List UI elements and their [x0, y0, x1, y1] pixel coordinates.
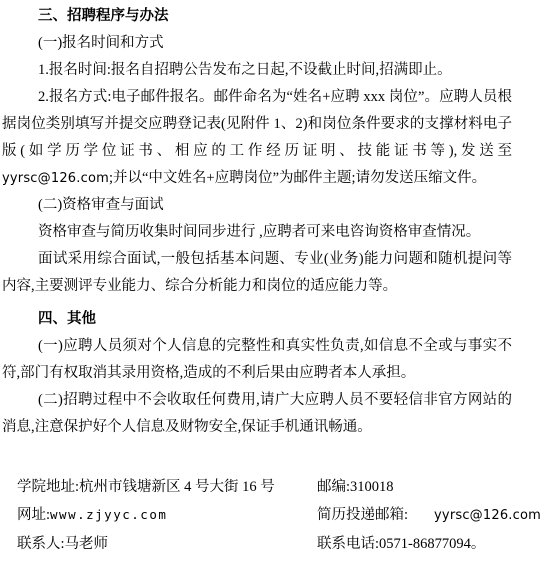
section-3-sub-1-heading: (一)报名时间和方式 [2, 30, 512, 57]
website-url-text: www.zjyyc.com [50, 507, 167, 522]
contact-person: 联系人:马老师 [17, 530, 317, 558]
signup-method-paragraph: 2.报名方式:电子邮件报名。邮件命名为“姓名+应聘 xxx 岗位”。应聘人员根据… [2, 84, 512, 192]
contact-footer: 学院地址:杭州市钱塘新区 4 号大街 16 号 邮编:310018 网址:www… [0, 473, 544, 558]
resume-email-label: 简历投递邮箱: [317, 507, 408, 523]
footer-row-contact: 联系人:马老师 联系电话:0571-86877094。 [17, 530, 544, 558]
postcode-label: 邮编: [317, 479, 350, 495]
postcode: 邮编:310018 [317, 473, 544, 501]
interview-paragraph: 面试采用综合面试,一般包括基本问题、专业(业务)能力问题和随机提问等内容,主要测… [2, 246, 512, 300]
contact-phone: 联系电话:0571-86877094。 [317, 530, 544, 558]
postcode-value: 310018 [350, 479, 394, 495]
signup-method-text-pre: 2.报名方式:电子邮件报名。邮件命名为“姓名+应聘 xxx 岗位”。应聘人员根据… [2, 89, 512, 159]
contact-phone-label: 联系电话: [317, 536, 379, 552]
no-fee-notice-paragraph: (二)招聘过程中不会收取任何费用,请广大应聘人员不要轻信非官方网站的消息,注意保… [2, 387, 512, 441]
personal-info-responsibility-paragraph: (一)应聘人员须对个人信息的完整性和真实性负责,如信息不全或与事实不符,部门有权… [2, 333, 512, 387]
contact-person-label: 联系人: [17, 536, 65, 552]
application-email-text: yyrsc@126.com [2, 171, 109, 186]
contact-person-value: 马老师 [65, 536, 109, 552]
footer-row-website: 网址:www.zjyyc.com 简历投递邮箱:yyrsc@126.com [17, 501, 544, 530]
website-label: 网址: [17, 507, 50, 523]
signup-method-text-post: ;并以“中文姓名+应聘岗位”为邮件主题;请勿发送压缩文件。 [109, 170, 486, 186]
resume-email: 简历投递邮箱:yyrsc@126.com [317, 501, 544, 530]
section-3-heading: 三、招聘程序与办法 [2, 3, 512, 30]
resume-email-value: yyrsc@126.com [434, 508, 541, 523]
qualification-review-paragraph: 资格审查与简历收集时间同步进行 ,应聘者可来电咨询资格审查情况。 [2, 219, 512, 246]
footer-row-address: 学院地址:杭州市钱塘新区 4 号大街 16 号 邮编:310018 [17, 473, 544, 501]
section-4-heading: 四、其他 [2, 306, 512, 333]
signup-time-paragraph: 1.报名时间:报名自招聘公告发布之日起,不设截止时间,招满即止。 [2, 57, 512, 84]
college-address: 学院地址:杭州市钱塘新区 4 号大街 16 号 [17, 473, 317, 501]
college-address-label: 学院地址: [17, 479, 79, 495]
section-3-sub-2-heading: (二)资格审查与面试 [2, 192, 512, 219]
college-address-value: 杭州市钱塘新区 4 号大街 16 号 [79, 479, 275, 495]
document-body: 三、招聘程序与办法 (一)报名时间和方式 1.报名时间:报名自招聘公告发布之日起… [0, 0, 544, 441]
website: 网址:www.zjyyc.com [17, 501, 317, 530]
contact-phone-value: 0571-86877094。 [379, 536, 485, 552]
